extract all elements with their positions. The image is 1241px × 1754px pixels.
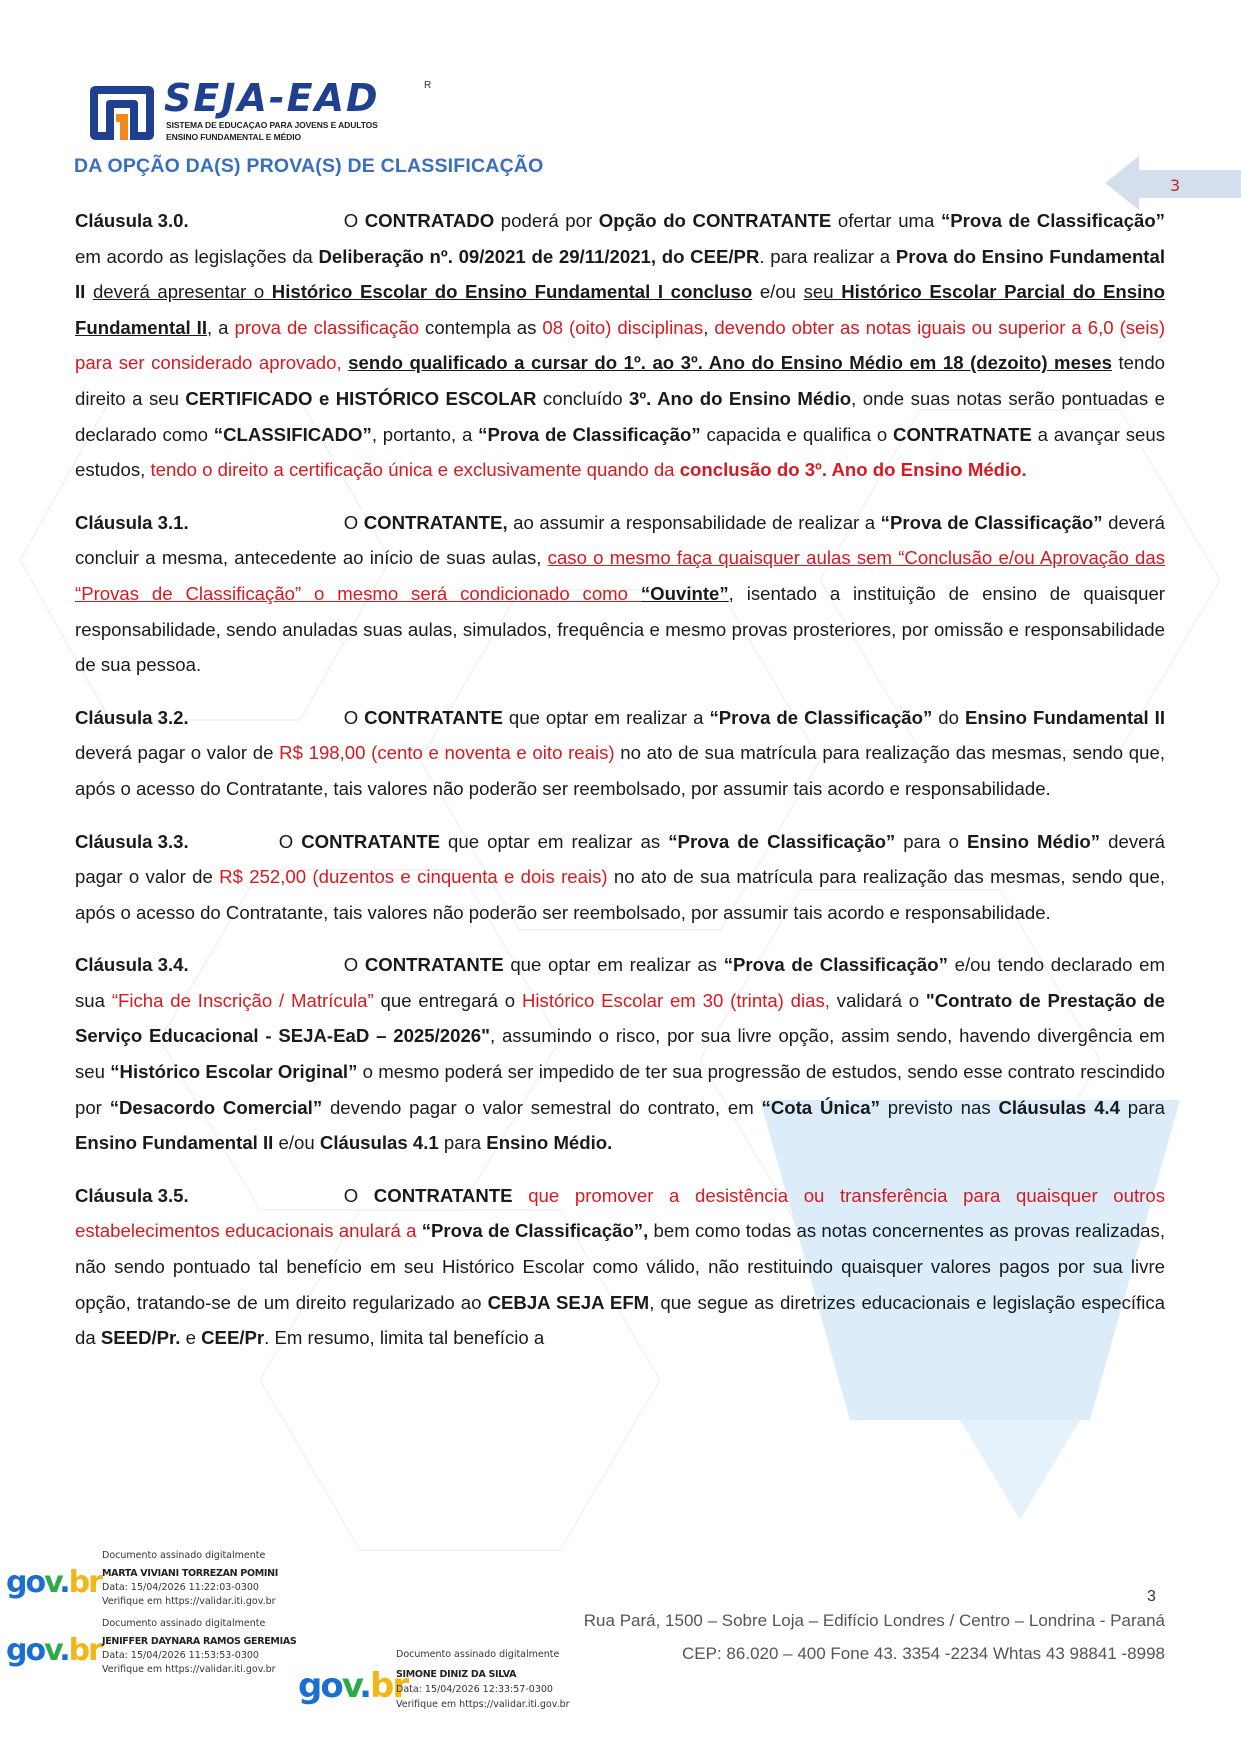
clause-text: , a xyxy=(207,317,234,338)
clause-text: “CLASSIFICADO” xyxy=(214,424,372,445)
clause-5: Cláusula 3.5.O CONTRATANTE que promover … xyxy=(75,1178,1165,1356)
signature-header: Documento assinado digitalmente xyxy=(102,1548,265,1563)
clause-text: “Histórico Escolar Original” xyxy=(110,1061,357,1082)
clause-text: “Prova de Classificação”, xyxy=(422,1220,649,1241)
signature-block-2: gov.br Documento assinado digitalmente J… xyxy=(6,1616,306,1688)
clause-text: “Prova de Classificação” xyxy=(478,424,700,445)
clause-text: CONTRATADO xyxy=(365,210,494,231)
footer-page-number: 3 xyxy=(1147,1588,1156,1606)
signature-name: SIMONE DINIZ DA SILVA xyxy=(396,1667,516,1682)
clause-text: CEBJA SEJA EFM xyxy=(488,1292,650,1313)
clause-text: R$ 198,00 (cento e noventa e oito reais) xyxy=(279,742,614,763)
clause-text: deverá apresentar o xyxy=(93,281,272,302)
clause-text: sendo qualificado a cursar do 1º. ao 3º.… xyxy=(348,352,1112,373)
clause-text: ao assumir a responsabilidade de realiza… xyxy=(508,512,881,533)
registered-mark: R xyxy=(424,80,431,91)
contract-body: Cláusula 3.0.O CONTRATADO poderá por Opç… xyxy=(75,203,1165,1356)
clause-text: Opção do CONTRATANTE xyxy=(599,210,832,231)
clause-text: . Em resumo, limita tal benefício a xyxy=(264,1327,544,1348)
clause-text: Ensino Médio” xyxy=(967,831,1100,852)
clause-1: Cláusula 3.1.O CONTRATANTE, ao assumir a… xyxy=(75,505,1165,683)
clause-text: e xyxy=(180,1327,201,1348)
clause-text xyxy=(85,281,93,302)
govbr-logo: gov.br xyxy=(298,1671,407,1701)
clause-text: . para realizar a xyxy=(759,246,895,267)
logo-subtitle-2: ENSINO FUNDAMENTAL E MÉDIO xyxy=(166,132,301,142)
clause-text: CONTRATANTE xyxy=(364,707,503,728)
signature-verify-link[interactable]: Verifique em https://validar.iti.gov.br xyxy=(102,1594,276,1609)
logo-wordmark: SEJA-EAD xyxy=(164,78,380,118)
clause-text: , portanto, a xyxy=(372,424,478,445)
clause-text: prova de classificação xyxy=(234,317,419,338)
clause-text: Ensino Fundamental II xyxy=(965,707,1165,728)
clause-text: CONTRATNATE xyxy=(893,424,1032,445)
clause-text: CEE/Pr xyxy=(201,1327,264,1348)
clause-text: para o xyxy=(895,831,967,852)
clause-text: Histórico Escolar do Ensino Fundamental … xyxy=(272,281,752,302)
clause-text: que entregará o xyxy=(374,990,522,1011)
signature-block-3: gov.br Documento assinado digitalmente S… xyxy=(298,1647,618,1727)
clause-text: contempla as xyxy=(419,317,542,338)
clause-text: “Prova de Classificação” xyxy=(881,512,1103,533)
clause-text: validará o xyxy=(830,990,926,1011)
clause-text: CERTIFICADO e HISTÓRICO ESCOLAR xyxy=(185,388,536,409)
signature-verify-link[interactable]: Verifique em https://validar.iti.gov.br xyxy=(102,1662,276,1677)
govbr-logo: gov.br xyxy=(6,1636,101,1666)
clause-text: CONTRATANTE, xyxy=(364,512,508,533)
clause-text: poderá por xyxy=(494,210,599,231)
clause-text: que optar em realizar as xyxy=(504,954,724,975)
clause-text: SEED/Pr. xyxy=(101,1327,181,1348)
clause-label: Cláusula 3.0. xyxy=(75,203,189,239)
clause-text: e/ou xyxy=(752,281,803,302)
clause-text: em acordo as legislações da xyxy=(75,246,318,267)
clause-text: “Cota Única” xyxy=(762,1097,880,1118)
signature-date: Data: 15/04/2026 11:22:03-0300 xyxy=(102,1580,259,1595)
clause-text: 08 (oito) disciplinas xyxy=(542,317,703,338)
signature-block-1: gov.br Documento assinado digitalmente M… xyxy=(6,1548,306,1620)
clause-text: CONTRATANTE xyxy=(374,1185,513,1206)
signature-date: Data: 15/04/2026 12:33:57-0300 xyxy=(396,1682,553,1697)
clause-text: “Prova de Classificação” xyxy=(724,954,948,975)
clause-text: O xyxy=(344,707,364,728)
clause-text: “Prova de Classificação” xyxy=(941,210,1165,231)
clause-text: “Prova de Classificação” xyxy=(709,707,932,728)
signature-date: Data: 15/04/2026 11:53:53-0300 xyxy=(102,1648,259,1663)
clause-text: previsto nas xyxy=(880,1097,999,1118)
clause-text: Histórico Escolar em 30 (trinta) dias, xyxy=(522,990,830,1011)
clause-text: O xyxy=(279,831,302,852)
clause-text: que optar em realizar as xyxy=(440,831,668,852)
clause-0: Cláusula 3.0.O CONTRATADO poderá por Opç… xyxy=(75,203,1165,488)
clause-3: Cláusula 3.3.O CONTRATANTE que optar em … xyxy=(75,824,1165,931)
clause-text: CONTRATANTE xyxy=(365,954,504,975)
clause-text: “Prova de Classificação” xyxy=(668,831,895,852)
clause-text: ofertar uma xyxy=(831,210,941,231)
logo-subtitle-1: SISTEMA DE EDUCAÇAO PARA JOVENS E ADULTO… xyxy=(166,120,378,130)
footer-address: Rua Pará, 1500 – Sobre Loja – Edifício L… xyxy=(584,1611,1165,1631)
clause-text: que optar em realizar a xyxy=(503,707,710,728)
clause-text: Ensino Fundamental II xyxy=(75,1132,273,1153)
clause-text: deverá pagar o valor de xyxy=(75,742,279,763)
clause-text: para xyxy=(439,1132,487,1153)
clause-text: R$ 252,00 (duzentos e cinquenta e dois r… xyxy=(219,866,607,887)
footer-contact: CEP: 86.020 – 400 Fone 43. 3354 -2234 Wh… xyxy=(682,1644,1165,1664)
clause-2: Cláusula 3.2.O CONTRATANTE que optar em … xyxy=(75,700,1165,807)
clause-text: conclusão do 3º. Ano do Ensino Médio. xyxy=(680,459,1027,480)
clause-text: “Ouvinte” xyxy=(641,583,729,604)
clause-text: concluído xyxy=(536,388,629,409)
section-title: DA OPÇÃO DA(S) PROVA(S) DE CLASSIFICAÇÃO xyxy=(74,155,544,178)
clause-text: do xyxy=(932,707,965,728)
signature-name: MARTA VIVIANI TORREZAN POMINI xyxy=(102,1566,278,1581)
clause-4: Cláusula 3.4.O CONTRATANTE que optar em … xyxy=(75,947,1165,1161)
clause-text: “Ficha de Inscrição / Matrícula” xyxy=(112,990,374,1011)
clause-text: O xyxy=(344,210,365,231)
clause-text: Cláusulas 4.4 xyxy=(998,1097,1120,1118)
logo-mark-icon xyxy=(86,84,158,142)
clause-label: Cláusula 3.5. xyxy=(75,1178,189,1214)
clause-text: e/ou xyxy=(273,1132,320,1153)
brand-logo: SEJA-EAD R SISTEMA DE EDUCAÇAO PARA JOVE… xyxy=(86,80,426,146)
clause-text: O xyxy=(344,954,365,975)
clause-text: O xyxy=(344,1185,374,1206)
clause-text: “Desacordo Comercial” xyxy=(110,1097,322,1118)
signature-header: Documento assinado digitalmente xyxy=(396,1647,559,1662)
clause-text: , xyxy=(703,317,714,338)
clause-label: Cláusula 3.4. xyxy=(75,947,189,983)
clause-text: CONTRATANTE xyxy=(301,831,440,852)
clause-text: capacida e qualifica o xyxy=(701,424,893,445)
clause-label: Cláusula 3.3. xyxy=(75,824,189,860)
clause-text: devendo pagar o valor semestral do contr… xyxy=(322,1097,761,1118)
clause-text: Deliberação nº. 09/2021 de 29/11/2021, d… xyxy=(318,246,759,267)
clause-label: Cláusula 3.1. xyxy=(75,505,189,541)
clause-text: 3º. Ano do Ensino Médio xyxy=(629,388,851,409)
page-tab-number: 3 xyxy=(1170,176,1180,195)
clause-text: Cláusulas 4.1 xyxy=(320,1132,439,1153)
clause-label: Cláusula 3.2. xyxy=(75,700,189,736)
signature-verify-link[interactable]: Verifique em https://validar.iti.gov.br xyxy=(396,1697,570,1712)
govbr-logo: gov.br xyxy=(6,1568,101,1598)
signature-name: JENIFFER DAYNARA RAMOS GEREMIAS xyxy=(102,1634,296,1649)
clause-text: O xyxy=(344,512,364,533)
signature-header: Documento assinado digitalmente xyxy=(102,1616,265,1631)
clause-text: seu xyxy=(804,281,842,302)
clause-text xyxy=(513,1185,529,1206)
clause-text: para xyxy=(1120,1097,1165,1118)
clause-text: Ensino Médio. xyxy=(486,1132,612,1153)
clause-text: tendo o direito a certificação única e e… xyxy=(150,459,679,480)
